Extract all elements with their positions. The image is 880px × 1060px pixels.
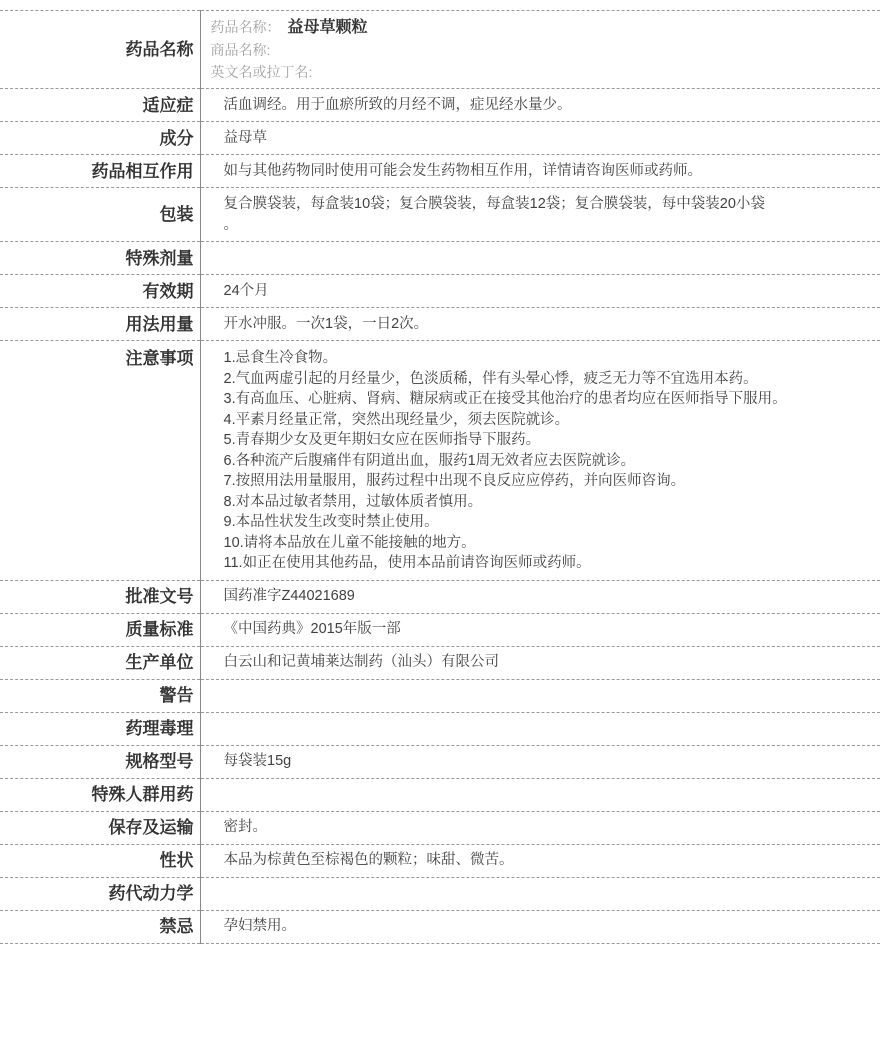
drug-name-caption: 药品名称： [211, 19, 281, 35]
row-value-dosage-and-administration: 开水冲服。一次1袋，一日2次。 [200, 308, 880, 341]
table-row: 成分 益母草 [0, 122, 880, 155]
row-label-approval-number: 批准文号 [0, 580, 200, 613]
row-value-properties: 本品为棕黄色至棕褐色的颗粒；味甜、微苦。 [200, 844, 880, 877]
row-value-packaging: 复合膜袋装，每盒装10袋；复合膜袋装，每盒装12袋；复合膜袋装，每中袋装20小袋… [200, 188, 880, 242]
drug-info-table: 药品名称 药品名称：益母草颗粒 商品名称: 英文名或拉丁名: 适应症 活血调经。… [0, 10, 880, 944]
row-label-drug-interactions: 药品相互作用 [0, 155, 200, 188]
table-row: 质量标准 《中国药典》2015年版一部 [0, 613, 880, 646]
row-value-specification: 每袋装15g [200, 745, 880, 778]
precaution-item: 4.平素月经量正常，突然出现经量少，须去医院就诊。 [224, 410, 861, 431]
row-value-precautions: 1.忌食生冷食物。 2.气血两虚引起的月经量少，色淡质稀，伴有头晕心悸，疲乏无力… [200, 341, 880, 581]
table-row: 药代动力学 [0, 877, 880, 910]
row-label-warning: 警告 [0, 679, 200, 712]
row-label-dosage-and-administration: 用法用量 [0, 308, 200, 341]
row-value-shelf-life: 24个月 [200, 275, 880, 308]
row-value-ingredients: 益母草 [200, 122, 880, 155]
row-label-precautions: 注意事项 [0, 341, 200, 581]
row-value-manufacturer: 白云山和记黄埔莱达制药（汕头）有限公司 [200, 646, 880, 679]
table-row: 警告 [0, 679, 880, 712]
table-row: 药理毒理 [0, 712, 880, 745]
drug-name-text: 益母草颗粒 [288, 19, 368, 36]
english-name-line: 英文名或拉丁名: [211, 61, 861, 83]
row-label-specification: 规格型号 [0, 745, 200, 778]
table-row: 禁忌 孕妇禁用。 [0, 910, 880, 943]
table-row: 包装 复合膜袋装，每盒装10袋；复合膜袋装，每盒装12袋；复合膜袋装，每中袋装2… [0, 188, 880, 242]
table-row: 注意事项 1.忌食生冷食物。 2.气血两虚引起的月经量少，色淡质稀，伴有头晕心悸… [0, 341, 880, 581]
english-name-caption: 英文名或拉丁名: [211, 64, 313, 80]
row-value-drug-name: 药品名称：益母草颗粒 商品名称: 英文名或拉丁名: [200, 11, 880, 89]
row-value-drug-interactions: 如与其他药物同时使用可能会发生药物相互作用，详情请咨询医师或药师。 [200, 155, 880, 188]
trade-name-line: 商品名称: [211, 39, 861, 61]
precaution-item: 8.对本品过敏者禁用，过敏体质者慎用。 [224, 492, 861, 513]
table-row: 性状 本品为棕黄色至棕褐色的颗粒；味甜、微苦。 [0, 844, 880, 877]
table-row: 保存及运输 密封。 [0, 811, 880, 844]
table-row: 规格型号 每袋装15g [0, 745, 880, 778]
row-label-contraindications: 禁忌 [0, 910, 200, 943]
row-label-special-dosage: 特殊剂量 [0, 242, 200, 275]
precaution-item: 11.如正在使用其他药品，使用本品前请咨询医师或药师。 [224, 553, 861, 574]
row-value-warning [200, 679, 880, 712]
precaution-item: 3.有高血压、心脏病、肾病、糖尿病或正在接受其他治疗的患者均应在医师指导下服用。 [224, 389, 861, 410]
table-row: 特殊人群用药 [0, 778, 880, 811]
row-label-shelf-life: 有效期 [0, 275, 200, 308]
row-label-special-populations: 特殊人群用药 [0, 778, 200, 811]
precaution-item: 2.气血两虚引起的月经量少，色淡质稀，伴有头晕心悸，疲乏无力等不宜选用本药。 [224, 369, 861, 390]
row-value-pharmacokinetics [200, 877, 880, 910]
table-row: 有效期 24个月 [0, 275, 880, 308]
precaution-item: 7.按照用法用量服用，服药过程中出现不良反应应停药，并向医师咨询。 [224, 471, 861, 492]
drug-detail-page: 药品名称 药品名称：益母草颗粒 商品名称: 英文名或拉丁名: 适应症 活血调经。… [0, 0, 880, 944]
row-value-storage-and-transport: 密封。 [200, 811, 880, 844]
row-label-manufacturer: 生产单位 [0, 646, 200, 679]
table-row: 用法用量 开水冲服。一次1袋，一日2次。 [0, 308, 880, 341]
packaging-line: 复合膜袋装，每盒装10袋；复合膜袋装，每盒装12袋；复合膜袋装，每中袋装20小袋 [224, 194, 861, 215]
table-row: 生产单位 白云山和记黄埔莱达制药（汕头）有限公司 [0, 646, 880, 679]
table-row: 药品名称 药品名称：益母草颗粒 商品名称: 英文名或拉丁名: [0, 11, 880, 89]
precaution-item: 9.本品性状发生改变时禁止使用。 [224, 512, 861, 533]
table-row: 批准文号 国药准字Z44021689 [0, 580, 880, 613]
row-label-pharmacology-toxicology: 药理毒理 [0, 712, 200, 745]
precaution-item: 6.各种流产后腹痛伴有阴道出血，服药1周无效者应去医院就诊。 [224, 451, 861, 472]
table-row: 特殊剂量 [0, 242, 880, 275]
table-row: 药品相互作用 如与其他药物同时使用可能会发生药物相互作用，详情请咨询医师或药师。 [0, 155, 880, 188]
row-value-pharmacology-toxicology [200, 712, 880, 745]
packaging-line: 。 [224, 215, 861, 236]
row-value-special-populations [200, 778, 880, 811]
row-value-special-dosage [200, 242, 880, 275]
row-label-properties: 性状 [0, 844, 200, 877]
row-value-indications: 活血调经。用于血瘀所致的月经不调，症见经水量少。 [200, 89, 880, 122]
row-label-quality-standard: 质量标准 [0, 613, 200, 646]
drug-name-line: 药品名称：益母草颗粒 [211, 16, 861, 39]
precaution-item: 10.请将本品放在儿童不能接触的地方。 [224, 533, 861, 554]
row-value-contraindications: 孕妇禁用。 [200, 910, 880, 943]
table-row: 适应症 活血调经。用于血瘀所致的月经不调，症见经水量少。 [0, 89, 880, 122]
row-value-quality-standard: 《中国药典》2015年版一部 [200, 613, 880, 646]
precaution-item: 5.青春期少女及更年期妇女应在医师指导下服药。 [224, 430, 861, 451]
row-label-packaging: 包装 [0, 188, 200, 242]
row-label-pharmacokinetics: 药代动力学 [0, 877, 200, 910]
row-label-storage-and-transport: 保存及运输 [0, 811, 200, 844]
trade-name-caption: 商品名称: [211, 42, 271, 58]
row-label-drug-name: 药品名称 [0, 11, 200, 89]
precaution-item: 1.忌食生冷食物。 [224, 348, 861, 369]
row-label-indications: 适应症 [0, 89, 200, 122]
row-value-approval-number: 国药准字Z44021689 [200, 580, 880, 613]
row-label-ingredients: 成分 [0, 122, 200, 155]
